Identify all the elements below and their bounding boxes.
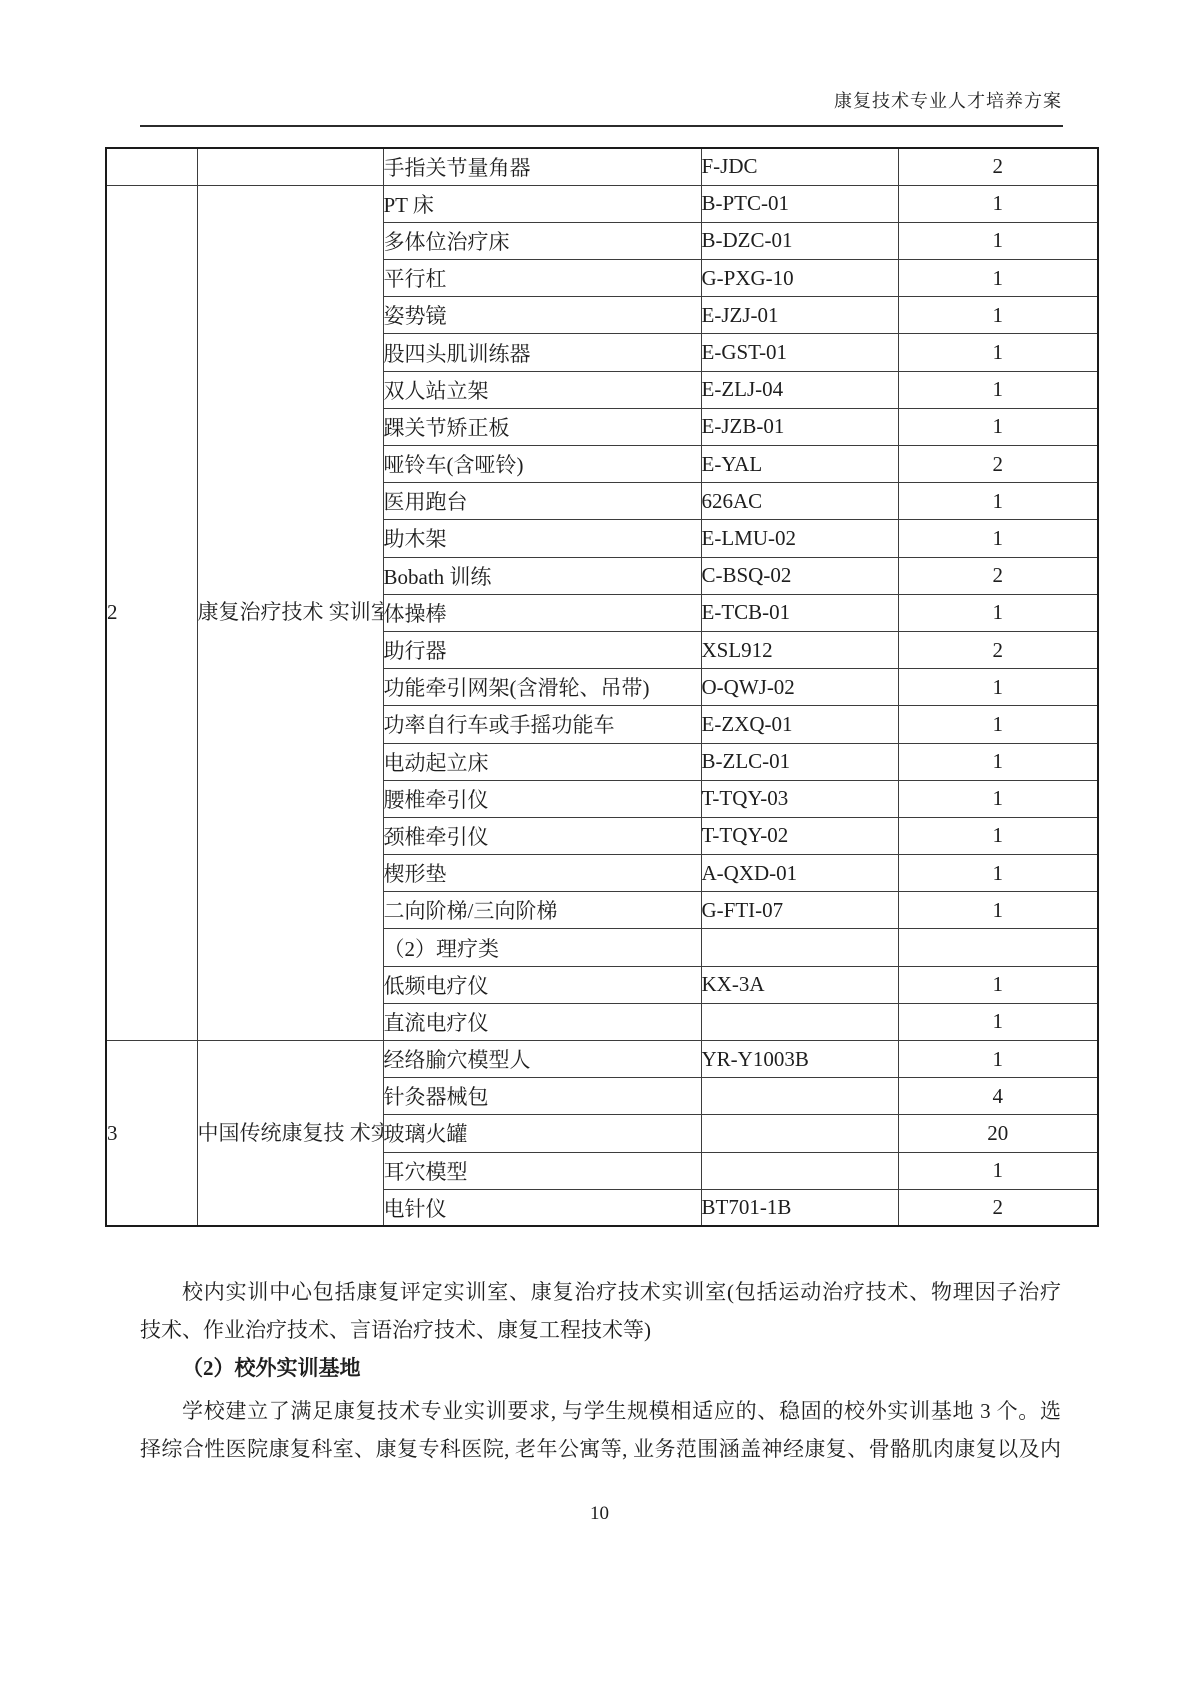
quantity-cell: 1 (898, 334, 1098, 371)
quantity-cell: 1 (898, 371, 1098, 408)
equipment-name-cell: 功率自行车或手摇功能车 (383, 706, 701, 743)
equipment-name-cell: 耳穴模型 (383, 1152, 701, 1189)
model-code-cell: E-ZLJ-04 (701, 371, 898, 408)
equipment-name-cell: 电动起立床 (383, 743, 701, 780)
model-code-cell: B-PTC-01 (701, 185, 898, 222)
model-code-cell: E-LMU-02 (701, 520, 898, 557)
text-line: 学校建立了满足康复技术专业实训要求, 与学生规模相适应的、稳固的校外实训基地 3… (140, 1392, 1061, 1430)
equipment-name-cell: 低频电疗仪 (383, 966, 701, 1003)
quantity-cell: 1 (898, 706, 1098, 743)
section-number-cell (106, 148, 197, 185)
room-name-cell (197, 148, 383, 185)
equipment-name-cell: 功能牵引网架(含滑轮、吊带) (383, 669, 701, 706)
equipment-name-cell: 颈椎牵引仪 (383, 817, 701, 854)
text-line: 技术、作业治疗技术、言语治疗技术、康复工程技术等) (140, 1311, 1061, 1349)
quantity-cell: 1 (898, 185, 1098, 222)
model-code-cell: 626AC (701, 483, 898, 520)
model-code-cell: E-GST-01 (701, 334, 898, 371)
model-code-cell: O-QWJ-02 (701, 669, 898, 706)
equipment-name-cell: 哑铃车(含哑铃) (383, 446, 701, 483)
equipment-name-cell: 二向阶梯/三向阶梯 (383, 892, 701, 929)
model-code-cell (701, 1003, 898, 1040)
quantity-cell: 1 (898, 408, 1098, 445)
model-code-cell: G-PXG-10 (701, 260, 898, 297)
paragraph-campus-training: 校内实训中心包括康复评定实训室、康复治疗技术实训室(包括运动治疗技术、物理因子治… (140, 1273, 1061, 1349)
quantity-cell: 2 (898, 1189, 1098, 1226)
quantity-cell: 1 (898, 892, 1098, 929)
document-page: 康复技术专业人才培养方案 手指关节量角器F-JDC22康复治疗技术 实训室PT … (0, 0, 1199, 1696)
quantity-cell: 2 (898, 446, 1098, 483)
quantity-cell: 2 (898, 631, 1098, 668)
equipment-name-cell: （2）理疗类 (383, 929, 701, 966)
quantity-cell: 1 (898, 1041, 1098, 1078)
model-code-cell: F-JDC (701, 148, 898, 185)
equipment-name-cell: 双人站立架 (383, 371, 701, 408)
equipment-name-cell: 手指关节量角器 (383, 148, 701, 185)
model-code-cell: E-JZJ-01 (701, 297, 898, 334)
equipment-name-cell: 踝关节矫正板 (383, 408, 701, 445)
equipment-name-cell: 楔形垫 (383, 855, 701, 892)
equipment-name-cell: 姿势镜 (383, 297, 701, 334)
quantity-cell: 2 (898, 557, 1098, 594)
model-code-cell: B-ZLC-01 (701, 743, 898, 780)
quantity-cell: 20 (898, 1115, 1098, 1152)
quantity-cell: 1 (898, 520, 1098, 557)
quantity-cell: 1 (898, 669, 1098, 706)
body-text-block: 校内实训中心包括康复评定实训室、康复治疗技术实训室(包括运动治疗技术、物理因子治… (140, 1273, 1061, 1468)
model-code-cell (701, 929, 898, 966)
quantity-cell: 1 (898, 222, 1098, 259)
equipment-name-cell: 医用跑台 (383, 483, 701, 520)
model-code-cell: XSL912 (701, 631, 898, 668)
model-code-cell: T-TQY-02 (701, 817, 898, 854)
table-row: 手指关节量角器F-JDC2 (106, 148, 1098, 185)
quantity-cell: 1 (898, 1152, 1098, 1189)
text-line: 校内实训中心包括康复评定实训室、康复治疗技术实训室(包括运动治疗技术、物理因子治… (140, 1273, 1061, 1311)
model-code-cell (701, 1115, 898, 1152)
equipment-table-body: 手指关节量角器F-JDC22康复治疗技术 实训室PT 床B-PTC-011多体位… (106, 148, 1098, 1226)
model-code-cell: E-TCB-01 (701, 594, 898, 631)
model-code-cell: KX-3A (701, 966, 898, 1003)
equipment-name-cell: 针灸器械包 (383, 1078, 701, 1115)
table-row: 3中国传统康复技 术实训室经络腧穴模型人YR-Y1003B1 (106, 1041, 1098, 1078)
section-number-cell: 3 (106, 1041, 197, 1227)
quantity-cell: 1 (898, 780, 1098, 817)
equipment-name-cell: PT 床 (383, 185, 701, 222)
heading-offcampus-training-base: （2）校外实训基地 (140, 1349, 1061, 1387)
equipment-name-cell: 助木架 (383, 520, 701, 557)
quantity-cell (898, 929, 1098, 966)
equipment-name-cell: 经络腧穴模型人 (383, 1041, 701, 1078)
quantity-cell: 1 (898, 297, 1098, 334)
quantity-cell: 1 (898, 594, 1098, 631)
page-header-title: 康复技术专业人才培养方案 (834, 87, 1062, 113)
equipment-name-cell: 多体位治疗床 (383, 222, 701, 259)
equipment-name-cell: 助行器 (383, 631, 701, 668)
model-code-cell: T-TQY-03 (701, 780, 898, 817)
header-rule (140, 125, 1063, 127)
quantity-cell: 1 (898, 1003, 1098, 1040)
model-code-cell (701, 1152, 898, 1189)
model-code-cell: G-FTI-07 (701, 892, 898, 929)
equipment-name-cell: 股四头肌训练器 (383, 334, 701, 371)
model-code-cell: E-YAL (701, 446, 898, 483)
equipment-name-cell: 腰椎牵引仪 (383, 780, 701, 817)
equipment-name-cell: 直流电疗仪 (383, 1003, 701, 1040)
model-code-cell: E-JZB-01 (701, 408, 898, 445)
equipment-name-cell: 玻璃火罐 (383, 1115, 701, 1152)
model-code-cell: E-ZXQ-01 (701, 706, 898, 743)
room-name-cell: 中国传统康复技 术实训室 (197, 1041, 383, 1227)
quantity-cell: 1 (898, 817, 1098, 854)
model-code-cell: A-QXD-01 (701, 855, 898, 892)
quantity-cell: 1 (898, 260, 1098, 297)
equipment-table: 手指关节量角器F-JDC22康复治疗技术 实训室PT 床B-PTC-011多体位… (105, 147, 1099, 1227)
model-code-cell (701, 1078, 898, 1115)
model-code-cell: BT701-1B (701, 1189, 898, 1226)
quantity-cell: 1 (898, 483, 1098, 520)
model-code-cell: C-BSQ-02 (701, 557, 898, 594)
quantity-cell: 1 (898, 743, 1098, 780)
equipment-name-cell: 体操棒 (383, 594, 701, 631)
paragraph-offcampus-training: 学校建立了满足康复技术专业实训要求, 与学生规模相适应的、稳固的校外实训基地 3… (140, 1392, 1061, 1468)
quantity-cell: 1 (898, 855, 1098, 892)
equipment-name-cell: Bobath 训练 (383, 557, 701, 594)
model-code-cell: B-DZC-01 (701, 222, 898, 259)
section-number-cell: 2 (106, 185, 197, 1040)
equipment-name-cell: 平行杠 (383, 260, 701, 297)
room-name-cell: 康复治疗技术 实训室 (197, 185, 383, 1040)
equipment-name-cell: 电针仪 (383, 1189, 701, 1226)
page-number: 10 (0, 1503, 1199, 1525)
text-line: 择综合性医院康复科室、康复专科医院, 老年公寓等, 业务范围涵盖神经康复、骨骼肌… (140, 1430, 1061, 1468)
table-row: 2康复治疗技术 实训室PT 床B-PTC-011 (106, 185, 1098, 222)
model-code-cell: YR-Y1003B (701, 1041, 898, 1078)
quantity-cell: 4 (898, 1078, 1098, 1115)
quantity-cell: 1 (898, 966, 1098, 1003)
quantity-cell: 2 (898, 148, 1098, 185)
